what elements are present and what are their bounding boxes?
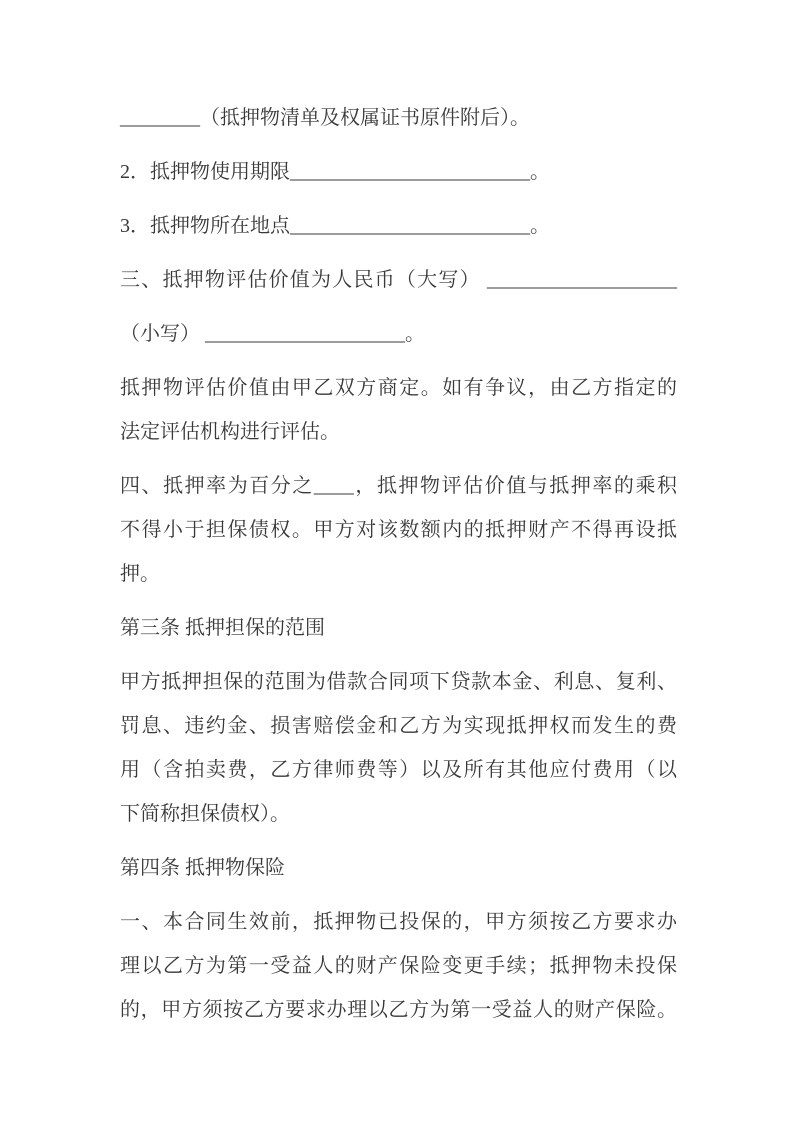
text-line: ________（抵押物清单及权属证书原件附后）。: [120, 96, 677, 140]
text-line: 不得小于担保债权。甲方对该数额内的抵押财产不得再设抵: [120, 508, 677, 552]
heading-article-3: 第三条 抵押担保的范围: [120, 606, 677, 650]
paragraph-guarantee-scope: 甲方抵押担保的范围为借款合同项下贷款本金、利息、复利、 罚息、违约金、损害赔偿金…: [120, 660, 677, 836]
paragraph-clause-3-appraised-value: 三、抵押物评估价值为人民币（大写） ___________________: [120, 258, 677, 302]
text-line: 法定评估机构进行评估。: [120, 410, 677, 454]
text-line: 押。: [120, 552, 677, 596]
text-line: 2．抵押物使用期限________________________。: [120, 150, 677, 194]
text-line: 抵押物评估价值由甲乙双方商定。如有争议，由乙方指定的: [120, 366, 677, 410]
paragraph-appraisal-agreement: 抵押物评估价值由甲乙双方商定。如有争议，由乙方指定的 法定评估机构进行评估。: [120, 366, 677, 454]
text-line: 理以乙方为第一受益人的财产保险变更手续；抵押物未投保: [120, 944, 677, 988]
text-line: 罚息、违约金、损害赔偿金和乙方为实现抵押权而发生的费: [120, 704, 677, 748]
text-line: 三、抵押物评估价值为人民币（大写） ___________________: [120, 258, 677, 302]
paragraph-item-2-usage-period: 2．抵押物使用期限________________________。: [120, 150, 677, 194]
paragraph-insurance: 一、本合同生效前，抵押物已投保的，甲方须按乙方要求办 理以乙方为第一受益人的财产…: [120, 900, 677, 1032]
paragraph-value-in-figures: （小写） ____________________。: [120, 312, 677, 356]
text-line: （小写） ____________________。: [120, 312, 677, 356]
text-line: 第四条 抵押物保险: [120, 846, 677, 890]
contract-body-text: ________（抵押物清单及权属证书原件附后）。 2．抵押物使用期限_____…: [120, 96, 677, 1042]
paragraph-attachment-note: ________（抵押物清单及权属证书原件附后）。: [120, 96, 677, 140]
text-line: 四、抵押率为百分之____，抵押物评估价值与抵押率的乘积: [120, 464, 677, 508]
text-line: 的，甲方须按乙方要求办理以乙方为第一受益人的财产保险。: [120, 988, 677, 1032]
text-line: 用（含拍卖费，乙方律师费等）以及所有其他应付费用（以: [120, 748, 677, 792]
text-line: 3．抵押物所在地点________________________。: [120, 204, 677, 248]
paragraph-item-3-location: 3．抵押物所在地点________________________。: [120, 204, 677, 248]
text-line: 甲方抵押担保的范围为借款合同项下贷款本金、利息、复利、: [120, 660, 677, 704]
paragraph-clause-4-mortgage-rate: 四、抵押率为百分之____，抵押物评估价值与抵押率的乘积 不得小于担保债权。甲方…: [120, 464, 677, 596]
heading-article-4: 第四条 抵押物保险: [120, 846, 677, 890]
text-line: 第三条 抵押担保的范围: [120, 606, 677, 650]
document-page: ________（抵押物清单及权属证书原件附后）。 2．抵押物使用期限_____…: [0, 0, 793, 1122]
text-line: 一、本合同生效前，抵押物已投保的，甲方须按乙方要求办: [120, 900, 677, 944]
text-line: 下简称担保债权）。: [120, 792, 677, 836]
